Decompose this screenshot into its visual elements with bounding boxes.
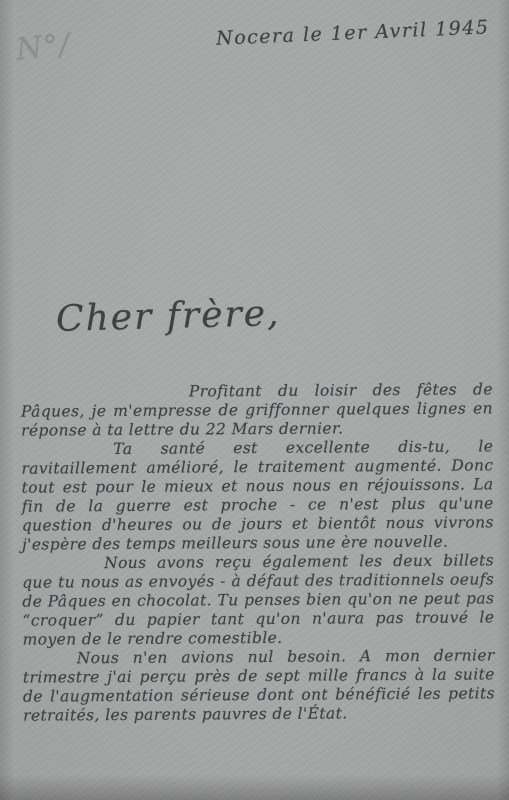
letter-paragraph-3: Nous avons reçu également les deux bille…: [22, 551, 495, 649]
letter-salutation: Cher frère,: [56, 293, 281, 340]
scanned-letter-page: N°/ Nocera le 1er Avril 1945 Cher frère,…: [0, 0, 509, 800]
letter-paragraph-1: Profitant du loisir des fêtes de Pâques,…: [21, 380, 493, 440]
letter-body: Profitant du loisir des fêtes de Pâques,…: [21, 380, 495, 725]
letter-paragraph-4: Nous n'en avions nul besoin. A mon derni…: [23, 646, 496, 725]
letter-dateline: Nocera le 1er Avril 1945: [216, 16, 492, 49]
letter-number-mark: N°/: [14, 27, 72, 67]
letter-paragraph-2: Ta santé est excellente dis-tu, le ravit…: [21, 437, 494, 554]
